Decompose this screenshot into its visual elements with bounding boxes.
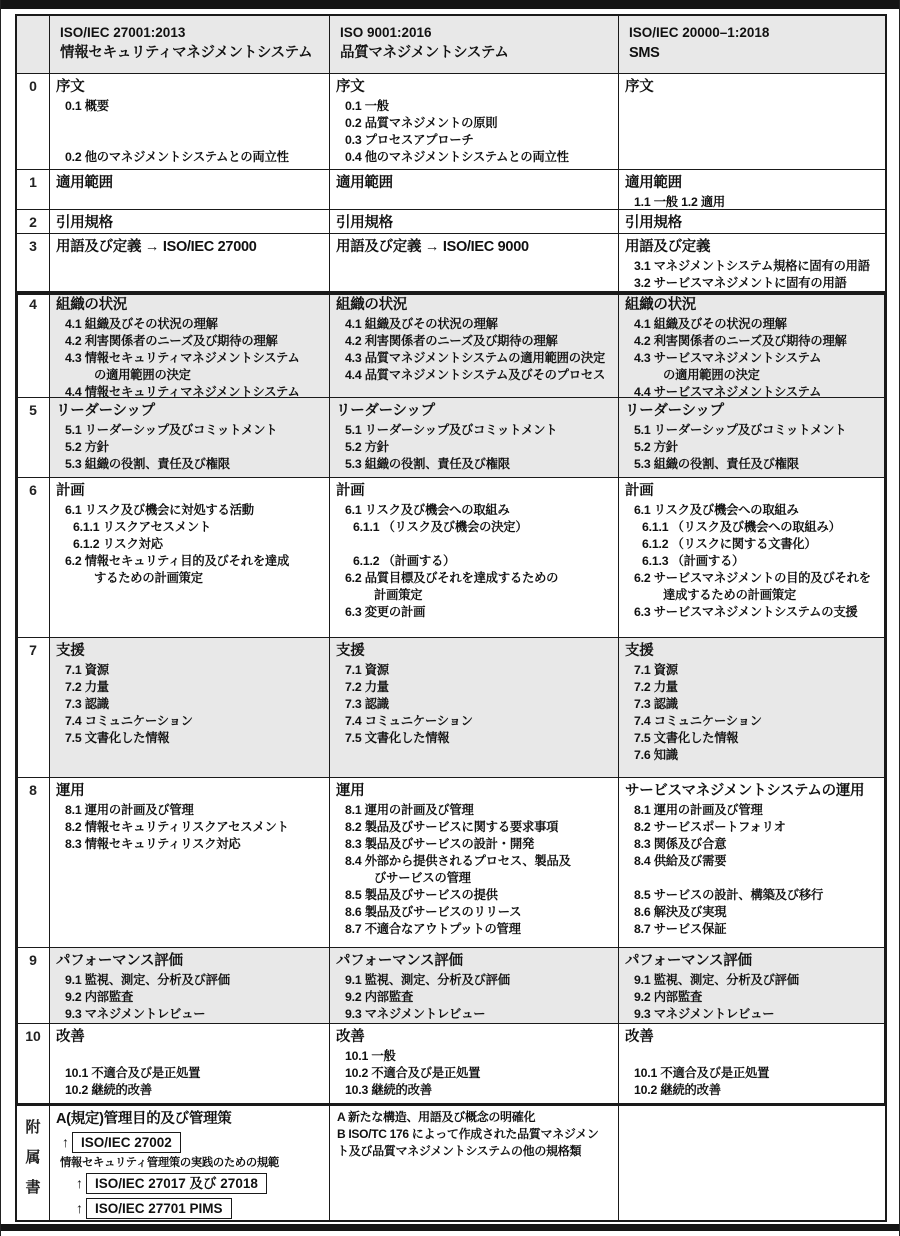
clause-heading: 支援 [56, 641, 326, 662]
clause-content-cell: 適用範囲 [50, 170, 330, 210]
standard-id: ISO 9001:2016 [336, 19, 615, 42]
clause-heading: リーダーシップ [625, 401, 882, 422]
standard-header-cell: ISO 9001:2016品質マネジメントシステム [330, 16, 619, 74]
clause-content-cell: パフォーマンス評価9.1 監視、測定、分析及び評価9.2 内部監査9.3 マネジ… [50, 948, 330, 1024]
clause-heading: 組織の状況 [625, 295, 882, 316]
clause-content-cell: 序文 [619, 74, 885, 170]
clause-item: 7.2 力量 [56, 679, 326, 696]
clause-heading: 支援 [625, 641, 882, 662]
clause-heading: 序文 [336, 77, 615, 98]
clause-heading: 引用規格 [336, 213, 615, 234]
clause-item: 6.1 リスク及び機会への取組み [625, 502, 882, 519]
clause-item: 4.1 組織及びその状況の理解 [56, 316, 326, 333]
clause-item: 7.6 知識 [625, 747, 882, 764]
clause-item: 0.2 品質マネジメントの原則 [336, 115, 615, 132]
clause-content-cell: 運用8.1 運用の計画及び管理8.2 情報セキュリティリスクアセスメント8.3 … [50, 778, 330, 948]
clause-item: 0.1 一般 [336, 98, 615, 115]
clause-heading: 計画 [56, 481, 326, 502]
clause-item: 7.4 コミュニケーション [625, 713, 882, 730]
clause-content-cell: 改善10.1 一般10.2 不適合及び是正処置10.3 継続的改善 [330, 1024, 619, 1106]
clause-content-cell: A(規定)管理目的及び管理策↑ISO/IEC 27002情報セキュリティ管理策の… [50, 1106, 330, 1220]
clause-heading: 用語及び定義 → ISO/IEC 9000 [336, 237, 615, 258]
clause-item: 6.1.2 リスク対応 [56, 536, 326, 553]
clause-content-cell: 支援7.1 資源7.2 力量7.3 認識7.4 コミュニケーション7.5 文書化… [50, 638, 330, 778]
clause-heading: パフォーマンス評価 [625, 951, 882, 972]
referenced-standard-line: ↑ISO/IEC 27017 及び 27018 [56, 1171, 326, 1196]
clause-item: 6.1.1 （リスク及び機会の決定） [336, 519, 615, 536]
clause-content-cell: 計画6.1 リスク及び機会への取組み6.1.1 （リスク及び機会への取組み）6.… [619, 478, 885, 638]
clause-content-cell: 改善10.1 不適合及び是正処置10.2 継続的改善 [50, 1024, 330, 1106]
clause-item: 8.2 情報セキュリティリスクアセスメント [56, 819, 326, 836]
clause-heading: リーダーシップ [336, 401, 615, 422]
up-arrow-icon: ↑ [76, 1196, 83, 1220]
clause-number-cell: 8 [17, 778, 50, 948]
clause-content-cell: 支援7.1 資源7.2 力量7.3 認識7.4 コミュニケーション7.5 文書化… [330, 638, 619, 778]
clause-content-cell: 改善10.1 不適合及び是正処置10.2 継続的改善 [619, 1024, 885, 1106]
clause-content-cell: 序文0.1 一般0.2 品質マネジメントの原則0.3 プロセスアプローチ0.4 … [330, 74, 619, 170]
clause-item: 5.1 リーダーシップ及びコミットメント [56, 422, 326, 439]
clause-item: 8.2 サービスポートフォリオ [625, 819, 882, 836]
clause-item: するための計画策定 [56, 570, 326, 587]
clause-content-cell: 用語及び定義 → ISO/IEC 9000 [330, 234, 619, 292]
clause-item: 9.2 内部監査 [625, 989, 882, 1006]
clause-item: 7.2 力量 [625, 679, 882, 696]
clause-heading: 用語及び定義 → ISO/IEC 27000 [56, 237, 326, 258]
clause-item: 4.3 サービスマネジメントシステム [625, 350, 882, 367]
iso-standards-comparison-table: ISO/IEC 27001:2013情報セキュリティマネジメントシステムISO … [15, 14, 887, 1222]
clause-item: 6.3 サービスマネジメントシステムの支援 [625, 604, 882, 621]
clause-heading: 組織の状況 [336, 295, 615, 316]
clause-item: 4.3 情報セキュリティマネジメントシステム [56, 350, 326, 367]
clause-item: 8.1 運用の計画及び管理 [336, 802, 615, 819]
clause-item: 計画策定 [336, 587, 615, 604]
clause-item: 7.3 認識 [625, 696, 882, 713]
spacer-line [625, 870, 882, 887]
clause-item: 5.3 組織の役割、責任及び権限 [625, 456, 882, 473]
clause-item: 7.5 文書化した情報 [336, 730, 615, 747]
clause-item: 0.4 他のマネジメントシステムとの両立性 [336, 149, 615, 166]
standard-id: ISO/IEC 20000–1:2018 [625, 19, 882, 42]
clause-item: 10.2 不適合及び是正処置 [336, 1065, 615, 1082]
clause-item: 8.1 運用の計画及び管理 [625, 802, 882, 819]
clause-item: 9.2 内部監査 [56, 989, 326, 1006]
clause-item: 8.3 関係及び合意 [625, 836, 882, 853]
spacer-line [56, 1048, 326, 1065]
clause-item: 9.2 内部監査 [336, 989, 615, 1006]
clause-item: 4.4 サービスマネジメントシステム [625, 384, 882, 398]
clause-item: 達成するための計画策定 [625, 587, 882, 604]
clause-item: 5.2 方針 [336, 439, 615, 456]
clause-item: 8.4 供給及び需要 [625, 853, 882, 870]
clause-item: 6.2 サービスマネジメントの目的及びそれを [625, 570, 882, 587]
clause-item: 5.2 方針 [56, 439, 326, 456]
clause-heading: 序文 [625, 77, 882, 98]
standard-reference-box: ISO/IEC 27002 [72, 1132, 181, 1153]
annex-label-char: 附 [25, 1116, 40, 1137]
clause-heading: 運用 [336, 781, 615, 802]
clause-content-cell: 運用8.1 運用の計画及び管理8.2 製品及びサービスに関する要求事項8.3 製… [330, 778, 619, 948]
clause-item: 情報セキュリティ管理策の実践のための規範 [56, 1155, 326, 1171]
clause-item: 10.3 継続的改善 [336, 1082, 615, 1099]
clause-item: の適用範囲の決定 [56, 367, 326, 384]
clause-item: 6.1.2 （計画する） [336, 553, 615, 570]
clause-content-cell: 引用規格 [50, 210, 330, 234]
standard-name: 品質マネジメントシステム [336, 42, 615, 64]
clause-item: 8.4 外部から提供されるプロセス、製品及 [336, 853, 615, 870]
clause-item: 5.3 組織の役割、責任及び権限 [56, 456, 326, 473]
clause-content-cell: 組織の状況4.1 組織及びその状況の理解4.2 利害関係者のニーズ及び期待の理解… [330, 292, 619, 398]
clause-content-cell: 用語及び定義 → ISO/IEC 27000 [50, 234, 330, 292]
clause-heading: 序文 [56, 77, 326, 98]
clause-content-cell: 計画6.1 リスク及び機会への取組み6.1.1 （リスク及び機会の決定）6.1.… [330, 478, 619, 638]
clause-item: 0.1 概要 [56, 98, 326, 115]
clause-item: 4.1 組織及びその状況の理解 [336, 316, 615, 333]
clause-heading: 計画 [625, 481, 882, 502]
clause-heading: 用語及び定義 [625, 237, 882, 258]
clause-item: 7.4 コミュニケーション [56, 713, 326, 730]
clause-item: 6.2 情報セキュリティ目的及びそれを達成 [56, 553, 326, 570]
clause-item: A 新たな構造、用語及び概念の明確化 [336, 1109, 615, 1126]
referenced-standard-line: ↑ISO/IEC 27701 PIMS [56, 1196, 326, 1220]
document-page: ISO/IEC 27001:2013情報セキュリティマネジメントシステムISO … [0, 0, 900, 1236]
clause-item: 8.6 解決及び実現 [625, 904, 882, 921]
clause-number-cell: 2 [17, 210, 50, 234]
clause-number-cell: 10 [17, 1024, 50, 1106]
clause-number-cell: 附属書 [17, 1106, 50, 1220]
standard-header-cell: ISO/IEC 20000–1:2018SMS [619, 16, 885, 74]
clause-heading: 引用規格 [56, 213, 326, 234]
clause-item: 6.1 リスク及び機会への取組み [336, 502, 615, 519]
clause-item: 10.2 継続的改善 [56, 1082, 326, 1099]
clause-number-cell: 3 [17, 234, 50, 292]
clause-heading: 改善 [336, 1027, 615, 1048]
standard-id: ISO/IEC 27001:2013 [56, 19, 326, 42]
clause-heading: パフォーマンス評価 [56, 951, 326, 972]
page-bottom-border [1, 1224, 899, 1231]
clause-item: 10.1 不適合及び是正処置 [56, 1065, 326, 1082]
clause-heading: 改善 [56, 1027, 326, 1048]
clause-content-cell: リーダーシップ5.1 リーダーシップ及びコミットメント5.2 方針5.3 組織の… [330, 398, 619, 478]
clause-content-cell: 支援7.1 資源7.2 力量7.3 認識7.4 コミュニケーション7.5 文書化… [619, 638, 885, 778]
clause-content-cell: サービスマネジメントシステムの運用8.1 運用の計画及び管理8.2 サービスポー… [619, 778, 885, 948]
clause-item: 9.3 マネジメントレビュー [336, 1006, 615, 1023]
clause-heading: 計画 [336, 481, 615, 502]
clause-heading: パフォーマンス評価 [336, 951, 615, 972]
referenced-standard-line: ↑ISO/IEC 27002 [56, 1130, 326, 1155]
clause-item: 8.3 製品及びサービスの設計・開発 [336, 836, 615, 853]
clause-item: 6.1.2 （リスクに関する文書化） [625, 536, 882, 553]
spacer-line [625, 1048, 882, 1065]
clause-item: ト及び品質マネジメントシステムの他の規格類 [336, 1143, 615, 1160]
clause-content-cell [619, 1106, 885, 1220]
clause-item: B ISO/TC 176 によって作成された品質マネジメン [336, 1126, 615, 1143]
standard-reference-box: ISO/IEC 27017 及び 27018 [86, 1173, 267, 1194]
clause-content-cell: 引用規格 [330, 210, 619, 234]
clause-number-cell: 7 [17, 638, 50, 778]
clause-item: 8.7 サービス保証 [625, 921, 882, 938]
standard-reference-box: ISO/IEC 27701 PIMS [86, 1198, 232, 1219]
clause-item: 3.2 サービスマネジメントに固有の用語 [625, 275, 882, 292]
clause-heading: A(規定)管理目的及び管理策 [56, 1109, 326, 1130]
clause-item: 8.2 製品及びサービスに関する要求事項 [336, 819, 615, 836]
clause-item: びサービスの管理 [336, 870, 615, 887]
clause-item: 10.2 継続的改善 [625, 1082, 882, 1099]
clause-content-cell: リーダーシップ5.1 リーダーシップ及びコミットメント5.2 方針5.3 組織の… [619, 398, 885, 478]
clause-item: 7.1 資源 [336, 662, 615, 679]
clause-item: 9.3 マネジメントレビュー [56, 1006, 326, 1023]
clause-number-cell: 6 [17, 478, 50, 638]
clause-item: 4.2 利害関係者のニーズ及び期待の理解 [625, 333, 882, 350]
clause-item: 6.3 変更の計画 [336, 604, 615, 621]
clause-content-cell: 組織の状況4.1 組織及びその状況の理解4.2 利害関係者のニーズ及び期待の理解… [50, 292, 330, 398]
clause-item: 7.4 コミュニケーション [336, 713, 615, 730]
clause-item: 4.2 利害関係者のニーズ及び期待の理解 [56, 333, 326, 350]
clause-heading: 改善 [625, 1027, 882, 1048]
clause-item: 5.1 リーダーシップ及びコミットメント [625, 422, 882, 439]
clause-item: 7.1 資源 [625, 662, 882, 679]
clause-content-cell: リーダーシップ5.1 リーダーシップ及びコミットメント5.2 方針5.3 組織の… [50, 398, 330, 478]
annex-label-char: 書 [25, 1176, 40, 1197]
clause-heading: サービスマネジメントシステムの運用 [625, 781, 882, 802]
clause-content-cell: 序文0.1 概要0.2 他のマネジメントシステムとの両立性 [50, 74, 330, 170]
clause-item: 6.1.3 （計画する） [625, 553, 882, 570]
clause-item: 9.1 監視、測定、分析及び評価 [625, 972, 882, 989]
clause-item: 4.1 組織及びその状況の理解 [625, 316, 882, 333]
clause-item: 9.1 監視、測定、分析及び評価 [336, 972, 615, 989]
clause-number-cell: 0 [17, 74, 50, 170]
clause-item: 7.1 資源 [56, 662, 326, 679]
clause-item: 8.1 運用の計画及び管理 [56, 802, 326, 819]
clause-heading: 支援 [336, 641, 615, 662]
clause-item: 6.1.1 （リスク及び機会への取組み） [625, 519, 882, 536]
clause-item: 4.2 利害関係者のニーズ及び期待の理解 [336, 333, 615, 350]
spacer-line [336, 536, 615, 553]
clause-item: 5.3 組織の役割、責任及び権限 [336, 456, 615, 473]
up-arrow-icon: ↑ [76, 1171, 83, 1196]
clause-item: 8.7 不適合なアウトプットの管理 [336, 921, 615, 938]
clause-item: 4.4 情報セキュリティマネジメントシステム [56, 384, 326, 398]
clause-number-cell: 4 [17, 292, 50, 398]
clause-content-cell: パフォーマンス評価9.1 監視、測定、分析及び評価9.2 内部監査9.3 マネジ… [330, 948, 619, 1024]
clause-item: 7.5 文書化した情報 [625, 730, 882, 747]
clause-item: 8.5 製品及びサービスの提供 [336, 887, 615, 904]
annex-label-char: 属 [25, 1146, 40, 1167]
standard-name: 情報セキュリティマネジメントシステム [56, 42, 326, 64]
clause-heading: 適用範囲 [56, 173, 326, 194]
clause-item: 0.3 プロセスアプローチ [336, 132, 615, 149]
clause-item: 9.3 マネジメントレビュー [625, 1006, 882, 1023]
clause-item: 7.3 認識 [336, 696, 615, 713]
clause-content-cell: パフォーマンス評価9.1 監視、測定、分析及び評価9.2 内部監査9.3 マネジ… [619, 948, 885, 1024]
clause-heading: 組織の状況 [56, 295, 326, 316]
clause-item: 1.1 一般 1.2 適用 [625, 194, 882, 210]
clause-content-cell: 適用範囲1.1 一般 1.2 適用 [619, 170, 885, 210]
clause-number-cell: 5 [17, 398, 50, 478]
clause-content-cell: 組織の状況4.1 組織及びその状況の理解4.2 利害関係者のニーズ及び期待の理解… [619, 292, 885, 398]
standard-name: SMS [625, 42, 882, 64]
clause-number-cell: 9 [17, 948, 50, 1024]
up-arrow-icon: ↑ [62, 1130, 69, 1155]
clause-heading: 引用規格 [625, 213, 882, 234]
clause-item: 10.1 不適合及び是正処置 [625, 1065, 882, 1082]
clause-item: 6.1 リスク及び機会に対処する活動 [56, 502, 326, 519]
clause-item: 6.2 品質目標及びそれを達成するための [336, 570, 615, 587]
clause-heading: 運用 [56, 781, 326, 802]
clause-item: 4.4 品質マネジメントシステム及びそのプロセス [336, 367, 615, 384]
clause-item: 9.1 監視、測定、分析及び評価 [56, 972, 326, 989]
clause-item: 6.1.1 リスクアセスメント [56, 519, 326, 536]
clause-item: 8.3 情報セキュリティリスク対応 [56, 836, 326, 853]
clause-content-cell: 計画6.1 リスク及び機会に対処する活動6.1.1 リスクアセスメント6.1.2… [50, 478, 330, 638]
clause-content-cell: 用語及び定義3.1 マネジメントシステム規格に固有の用語3.2 サービスマネジメ… [619, 234, 885, 292]
clause-item: 4.3 品質マネジメントシステムの適用範囲の決定 [336, 350, 615, 367]
clause-number-cell: 1 [17, 170, 50, 210]
clause-item: 10.1 一般 [336, 1048, 615, 1065]
clause-item: 8.5 サービスの設計、構築及び移行 [625, 887, 882, 904]
clause-content-cell: 引用規格 [619, 210, 885, 234]
page-top-border [1, 0, 899, 9]
clause-content-cell: A 新たな構造、用語及び概念の明確化B ISO/TC 176 によって作成された… [330, 1106, 619, 1220]
header-corner-cell [17, 16, 50, 74]
standard-header-cell: ISO/IEC 27001:2013情報セキュリティマネジメントシステム [50, 16, 330, 74]
clause-item: 5.1 リーダーシップ及びコミットメント [336, 422, 615, 439]
clause-item: 7.5 文書化した情報 [56, 730, 326, 747]
clause-item: 5.2 方針 [625, 439, 882, 456]
spacer-line [56, 115, 326, 132]
clause-heading: 適用範囲 [336, 173, 615, 194]
clause-heading: 適用範囲 [625, 173, 882, 194]
clause-item: の適用範囲の決定 [625, 367, 882, 384]
clause-item: 0.2 他のマネジメントシステムとの両立性 [56, 149, 326, 166]
spacer-line [56, 132, 326, 149]
clause-heading: リーダーシップ [56, 401, 326, 422]
clause-content-cell: 適用範囲 [330, 170, 619, 210]
clause-item: 7.2 力量 [336, 679, 615, 696]
clause-item: 7.3 認識 [56, 696, 326, 713]
clause-item: 3.1 マネジメントシステム規格に固有の用語 [625, 258, 882, 275]
clause-item: 8.6 製品及びサービスのリリース [336, 904, 615, 921]
